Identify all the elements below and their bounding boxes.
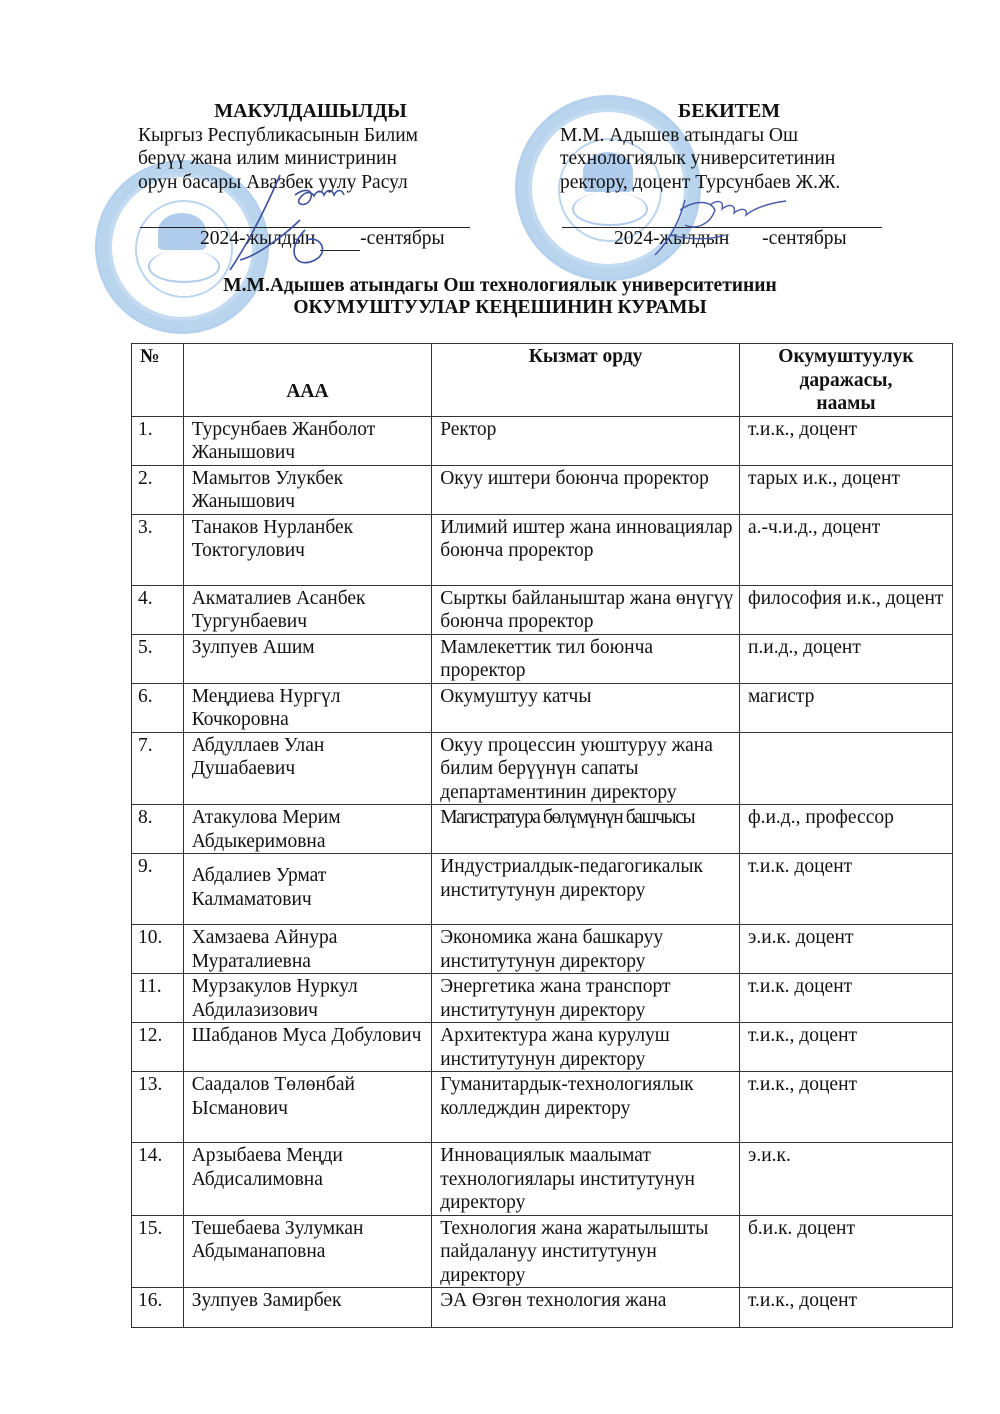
table-row: 5.Зулпуев АшимМамлекеттик тил боюнча про… [132, 634, 953, 683]
table-row: 10.Хамзаева Айнура МураталиевнаЭкономика… [132, 925, 953, 974]
header-degree-line: даражасы, [744, 369, 948, 393]
member-degree-cell: э.и.к. доцент [739, 925, 952, 974]
member-position-cell: Технология жана жаратылышты пайдалануу и… [432, 1215, 740, 1288]
member-position-cell: Окумуштуу катчы [432, 683, 740, 732]
member-name-cell: Меңдиева Нургүл Кочкоровна [183, 683, 431, 732]
row-number-cell: 1. [132, 416, 184, 465]
member-name-cell: Акматалиев Асанбек Тургунбаевич [183, 585, 431, 634]
member-name-cell: Турсунбаев Жанболот Жанышович [183, 416, 431, 465]
column-header-position: Кызмат орду [432, 344, 740, 417]
row-number-cell: 9. [132, 854, 184, 925]
table-row: 14.Арзыбаева Меңди АбдисалимовнаИнноваци… [132, 1143, 953, 1216]
member-name-cell: Шабданов Муса Добулович [183, 1023, 431, 1072]
council-members-table: № ААА Кызмат орду Окумуштуулук даражасы,… [131, 343, 953, 1328]
member-name-cell: Саадалов Төлөнбай Ысманович [183, 1072, 431, 1143]
member-position-cell: Магистратура бөлүмүнүн башчысы [432, 805, 740, 854]
member-name-cell: Хамзаева Айнура Мураталиевна [183, 925, 431, 974]
member-position-cell: Мамлекеттик тил боюнча проректор [432, 634, 740, 683]
table-row: 13.Саадалов Төлөнбай ЫсмановичГуманитард… [132, 1072, 953, 1143]
member-degree-cell: магистр [739, 683, 952, 732]
table-header-row: № ААА Кызмат орду Окумуштуулук даражасы,… [132, 344, 953, 417]
table-row: 9.Абдалиев Урмат КалмаматовичИндустриалд… [132, 854, 953, 925]
row-number-cell: 7. [132, 732, 184, 805]
table-row: 7.Абдуллаев Улан ДушабаевичОкуу процесси… [132, 732, 953, 805]
member-position-cell: Илимий иштер жана инновациялар боюнча пр… [432, 514, 740, 585]
member-position-cell: Индустриалдык-педагогикалык институтунун… [432, 854, 740, 925]
member-name-cell: Абдалиев Урмат Калмаматович [183, 854, 431, 925]
seal-falcon-icon [572, 192, 648, 226]
row-number-cell: 16. [132, 1288, 184, 1328]
row-number-cell: 10. [132, 925, 184, 974]
member-position-cell: Архитектура жана курулуш институтунун ди… [432, 1023, 740, 1072]
row-number-cell: 11. [132, 974, 184, 1023]
row-number-cell: 12. [132, 1023, 184, 1072]
row-number-cell: 15. [132, 1215, 184, 1288]
approval-line: Кыргыз Республикасынын Билим [138, 124, 483, 148]
member-position-cell: Энергетика жана транспорт институтунун д… [432, 974, 740, 1023]
table-row: 8.Атакулова Мерим АбдыкеримовнаМагистрат… [132, 805, 953, 854]
table-row: 3.Танаков Нурланбек ТоктогуловичИлимий и… [132, 514, 953, 585]
member-position-cell: ЭА Өзгөн технология жана [432, 1288, 740, 1328]
member-degree-cell: т.и.к. доцент [739, 974, 952, 1023]
member-name-cell: Зулпуев Ашим [183, 634, 431, 683]
document-title-line2: ОКУМУШТУУЛАР КЕҢЕШИНИН КУРАМЫ [0, 297, 1000, 319]
table-row: 2.Мамытов Улукбек ЖанышовичОкуу иштери б… [132, 465, 953, 514]
table-row: 15.Тешебаева Зулумкан АбдыманаповнаТехно… [132, 1215, 953, 1288]
column-header-degree: Окумуштуулук даражасы, наамы [739, 344, 952, 417]
row-number-cell: 13. [132, 1072, 184, 1143]
member-position-cell: Окуу иштери боюнча проректор [432, 465, 740, 514]
table-row: 16.Зулпуев ЗамирбекЭА Өзгөн технология ж… [132, 1288, 953, 1328]
column-header-name: ААА [183, 344, 431, 417]
member-degree-cell: ф.и.д., профессор [739, 805, 952, 854]
signature-left-icon [170, 160, 380, 280]
table-row: 11.Мурзакулов Нуркул АбдилазизовичЭнерге… [132, 974, 953, 1023]
member-position-cell: Экономика жана башкаруу институтунун дир… [432, 925, 740, 974]
member-degree-cell: тарых и.к., доцент [739, 465, 952, 514]
member-degree-cell [739, 732, 952, 805]
row-number-cell: 3. [132, 514, 184, 585]
signature-right-icon [640, 180, 800, 270]
member-degree-cell: философия и.к., доцент [739, 585, 952, 634]
row-number-cell: 8. [132, 805, 184, 854]
row-number-cell: 4. [132, 585, 184, 634]
approval-heading-left: МАКУЛДАШЫЛДЫ [138, 100, 483, 124]
row-number-cell: 2. [132, 465, 184, 514]
member-degree-cell: т.и.к. доцент [739, 854, 952, 925]
member-degree-cell: т.и.к., доцент [739, 1023, 952, 1072]
member-name-cell: Мамытов Улукбек Жанышович [183, 465, 431, 514]
member-degree-cell: т.и.к., доцент [739, 1288, 952, 1328]
member-name-cell: Зулпуев Замирбек [183, 1288, 431, 1328]
member-name-cell: Атакулова Мерим Абдыкеримовна [183, 805, 431, 854]
member-degree-cell: э.и.к. [739, 1143, 952, 1216]
member-degree-cell: т.и.к., доцент [739, 416, 952, 465]
member-name-cell: Абдуллаев Улан Душабаевич [183, 732, 431, 805]
header-degree-line: наамы [744, 392, 948, 416]
table-row: 4.Акматалиев Асанбек ТургунбаевичСырткы … [132, 585, 953, 634]
member-position-cell: Гуманитардык-технологиялык колледждин ди… [432, 1072, 740, 1143]
member-degree-cell: б.и.к. доцент [739, 1215, 952, 1288]
member-name-cell: Арзыбаева Меңди Абдисалимовна [183, 1143, 431, 1216]
member-name-cell: Танаков Нурланбек Токтогулович [183, 514, 431, 585]
row-number-cell: 6. [132, 683, 184, 732]
row-number-cell: 5. [132, 634, 184, 683]
member-position-cell: Сырткы байланыштар жана өнүгүү боюнча пр… [432, 585, 740, 634]
table-row: 12.Шабданов Муса ДобуловичАрхитектура жа… [132, 1023, 953, 1072]
row-number-cell: 14. [132, 1143, 184, 1216]
table-row: 6.Меңдиева Нургүл КочкоровнаОкумуштуу ка… [132, 683, 953, 732]
approval-line: технологиялык университетинин [560, 147, 920, 171]
column-header-number: № [132, 344, 184, 417]
member-position-cell: Окуу процессин уюштуруу жана билим берүү… [432, 732, 740, 805]
member-name-cell: Тешебаева Зулумкан Абдыманаповна [183, 1215, 431, 1288]
member-degree-cell: т.и.к., доцент [739, 1072, 952, 1143]
approval-heading-right: БЕКИТЕМ [560, 100, 920, 124]
approval-line: М.М. Адышев атындагы Ош [560, 124, 920, 148]
member-name-cell: Мурзакулов Нуркул Абдилазизович [183, 974, 431, 1023]
document-title-line1: М.М.Адышев атындагы Ош технологиялык уни… [0, 275, 1000, 297]
member-degree-cell: а.-ч.и.д., доцент [739, 514, 952, 585]
member-position-cell: Инновациялык маалымат технологиялары инс… [432, 1143, 740, 1216]
member-position-cell: Ректор [432, 416, 740, 465]
member-degree-cell: п.и.д., доцент [739, 634, 952, 683]
header-degree-line: Окумуштуулук [744, 345, 948, 369]
table-row: 1.Турсунбаев Жанболот ЖанышовичРекторт.и… [132, 416, 953, 465]
